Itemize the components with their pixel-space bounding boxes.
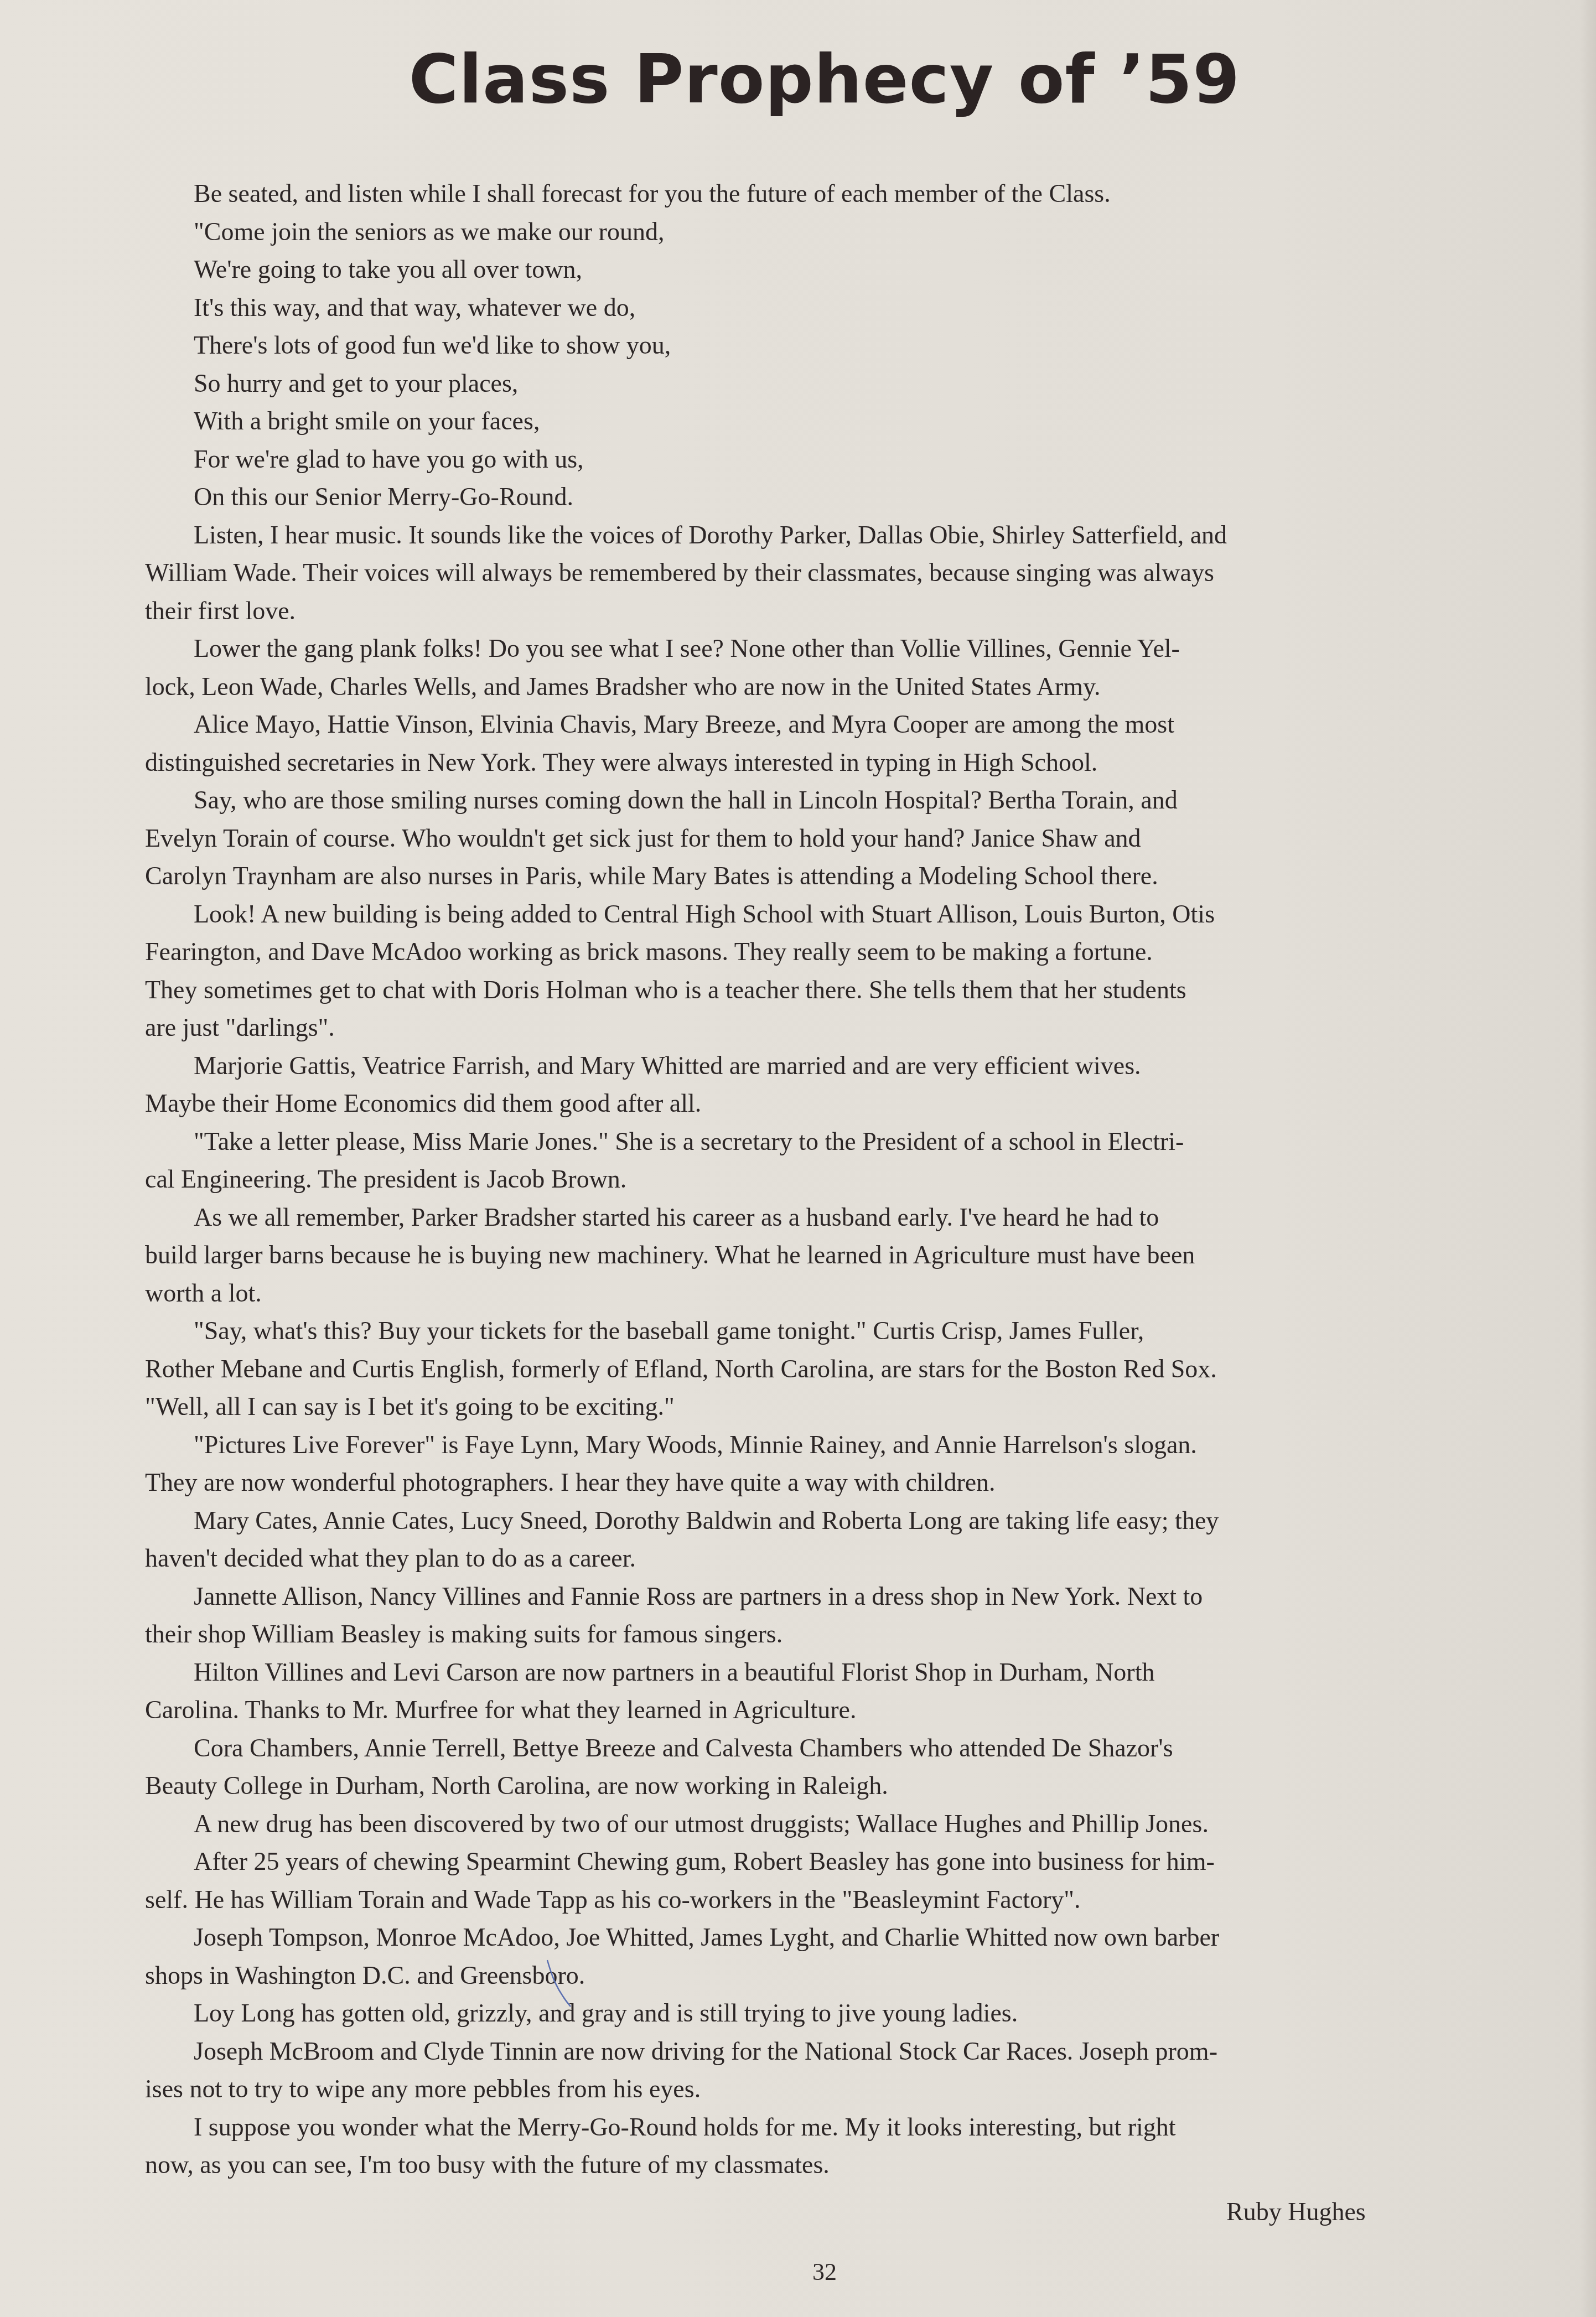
text-line: It's this way, and that way, whatever we…	[145, 289, 1540, 327]
text-line: "Come join the seniors as we make our ro…	[145, 213, 1540, 251]
author-signature: Ruby Hughes	[1226, 2197, 1366, 2226]
text-line: haven't decided what they plan to do as …	[145, 1540, 1540, 1578]
text-line: Joseph McBroom and Clyde Tinnin are now …	[145, 2033, 1540, 2071]
text-line: worth a lot.	[145, 1274, 1540, 1313]
text-line: We're going to take you all over town,	[145, 251, 1540, 289]
text-line: William Wade. Their voices will always b…	[145, 554, 1540, 592]
text-line: ises not to try to wipe any more pebbles…	[145, 2070, 1540, 2108]
text-line: They sometimes get to chat with Doris Ho…	[145, 971, 1540, 1009]
text-line: lock, Leon Wade, Charles Wells, and Jame…	[145, 668, 1540, 706]
text-line: A new drug has been discovered by two of…	[145, 1805, 1540, 1843]
text-line: "Say, what's this? Buy your tickets for …	[145, 1312, 1540, 1350]
text-line: distinguished secretaries in New York. T…	[145, 744, 1540, 782]
text-line: Listen, I hear music. It sounds like the…	[145, 516, 1540, 554]
text-line: As we all remember, Parker Bradsher star…	[145, 1199, 1540, 1237]
text-line: After 25 years of chewing Spearmint Chew…	[145, 1843, 1540, 1881]
text-line: Hilton Villines and Levi Carson are now …	[145, 1653, 1540, 1692]
text-line: Alice Mayo, Hattie Vinson, Elvinia Chavi…	[145, 706, 1540, 744]
text-line: Jannette Allison, Nancy Villines and Fan…	[145, 1578, 1540, 1616]
text-line: Carolyn Traynham are also nurses in Pari…	[145, 857, 1540, 895]
text-line: Rother Mebane and Curtis English, former…	[145, 1350, 1540, 1388]
page-number: 32	[0, 2258, 1596, 2286]
pen-mark-icon	[545, 1959, 578, 2009]
text-line: their shop William Beasley is making sui…	[145, 1615, 1540, 1653]
text-line: "Take a letter please, Miss Marie Jones.…	[145, 1123, 1540, 1161]
text-line: There's lots of good fun we'd like to sh…	[145, 326, 1540, 365]
text-line: Carolina. Thanks to Mr. Murfree for what…	[145, 1691, 1540, 1729]
text-line: shops in Washington D.C. and Greensboro.	[145, 1957, 1540, 1995]
text-line: Loy Long has gotten old, grizzly, and gr…	[145, 1994, 1540, 2033]
text-line: now, as you can see, I'm too busy with t…	[145, 2146, 1540, 2184]
page-title: Class Prophecy of ’59	[0, 45, 1596, 113]
text-line: Look! A new building is being added to C…	[145, 895, 1540, 934]
text-line: Fearington, and Dave McAdoo working as b…	[145, 933, 1540, 971]
text-line: Lower the gang plank folks! Do you see w…	[145, 630, 1540, 668]
text-line: Marjorie Gattis, Veatrice Farrish, and M…	[145, 1047, 1540, 1085]
text-line: So hurry and get to your places,	[145, 365, 1540, 403]
text-line: Beauty College in Durham, North Carolina…	[145, 1767, 1540, 1805]
text-line: "Well, all I can say is I bet it's going…	[145, 1388, 1540, 1426]
text-line: I suppose you wonder what the Merry-Go-R…	[145, 2108, 1540, 2147]
text-line: For we're glad to have you go with us,	[145, 440, 1540, 479]
text-line: Say, who are those smiling nurses coming…	[145, 781, 1540, 820]
text-line: cal Engineering. The president is Jacob …	[145, 1160, 1540, 1199]
text-line: build larger barns because he is buying …	[145, 1236, 1540, 1274]
text-line: are just "darlings".	[145, 1009, 1540, 1047]
text-line: With a bright smile on your faces,	[145, 402, 1540, 440]
text-line: "Pictures Live Forever" is Faye Lynn, Ma…	[145, 1426, 1540, 1464]
page-edge-shadow	[1579, 0, 1596, 2317]
text-line: self. He has William Torain and Wade Tap…	[145, 1881, 1540, 1919]
text-line: Joseph Tompson, Monroe McAdoo, Joe Whitt…	[145, 1919, 1540, 1957]
text-line: On this our Senior Merry-Go-Round.	[145, 478, 1540, 516]
body-text: Be seated, and listen while I shall fore…	[145, 175, 1540, 2184]
text-line: They are now wonderful photographers. I …	[145, 1464, 1540, 1502]
text-line: Be seated, and listen while I shall fore…	[145, 175, 1540, 213]
text-line: Maybe their Home Economics did them good…	[145, 1085, 1540, 1123]
text-line: Mary Cates, Annie Cates, Lucy Sneed, Dor…	[145, 1502, 1540, 1540]
text-line: their first love.	[145, 592, 1540, 630]
text-line: Evelyn Torain of course. Who wouldn't ge…	[145, 820, 1540, 858]
text-line: Cora Chambers, Annie Terrell, Bettye Bre…	[145, 1729, 1540, 1767]
